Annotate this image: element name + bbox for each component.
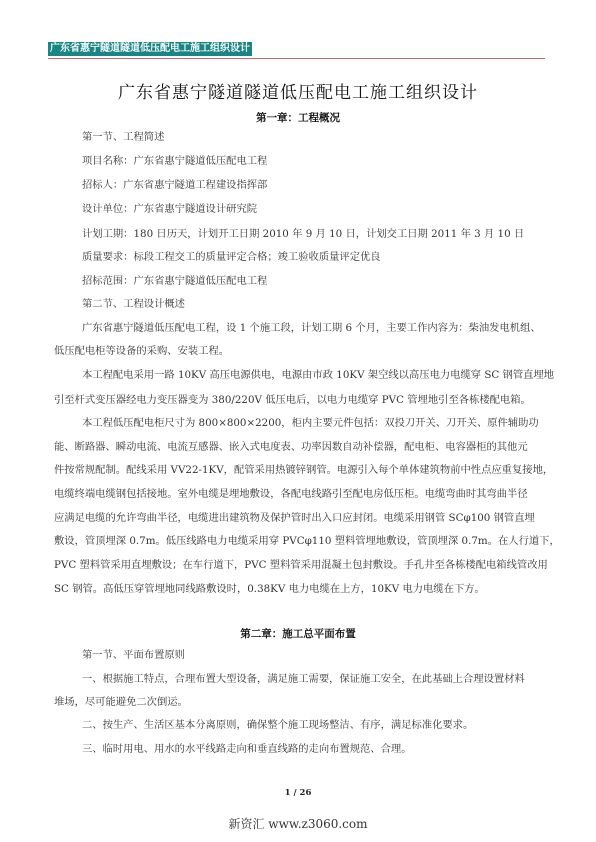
paragraph-line: 低压配电柜等设备的采购、安装工程。 [54,344,229,358]
page-number: 1 / 26 [0,788,596,798]
project-name: 项目名称：广东省惠宁隧道低压配电工程 [82,154,267,168]
design-unit: 设计单位：广东省惠宁隧道设计研究院 [82,202,257,216]
watermark: 新资汇 www.z3060.com [0,815,596,832]
running-header-title: 广东省惠宁隧道隧道低压配电工施工组织设计 [48,42,252,56]
planned-schedule: 计划工期：180 日历天，计划开工日期 2010 年 9 月 10 日，计划交工… [82,227,524,241]
paragraph-line: 电缆终端电缆钢包括接地。室外电缆是埋地敷设，各配电线路引至配电房低压柜。电缆弯曲… [54,487,528,501]
paragraph-line: 二、按生产、生活区基本分离原则，确保整个施工现场整洁、有序，满足标准化要求。 [82,718,473,732]
paragraph-line: 广东省惠宁隧道低压配电工程，设 1 个施工段，计划工期 6 个月，主要工作内容为… [82,321,541,335]
paragraph-line: 堆场，尽可能避免二次倒运。 [54,695,188,709]
document-title: 广东省惠宁隧道隧道低压配电工施工组织设计 [0,78,596,103]
running-header: 广东省惠宁隧道隧道低压配电工施工组织设计 [48,42,545,59]
paragraph-line: 本工程低压配电柜尺寸为 800×800×2200，柜内主要元件包括：双投刀开关、… [82,416,539,430]
paragraph-line: 本工程配电采用一路 10KV 高压电源供电，电源由市政 10KV 架空线以高压电… [82,368,554,382]
section-heading: 第一节、平面布置原则 [82,648,185,662]
paragraph-line: 敷设，管顶埋深 0.7m。低压线路电力电缆采用穿 PVCφ110 塑料管埋地敷设… [54,534,560,548]
quality-requirement: 质量要求：标段工程交工的质量评定合格；竣工验收质量评定优良 [82,250,381,264]
chapter-1-heading: 第一章：工程概况 [0,110,596,125]
section-heading: 第二节、工程设计概述 [82,297,185,311]
paragraph-line: 三、临时用电、用水的水平线路走向和垂直线路的走向布置规范、合理。 [82,742,412,756]
paragraph-line: 件按常规配制。配线采用 VV22-1KV，配管采用热镀锌钢管。电源引入每个单体建… [54,463,553,477]
paragraph-line: SC 钢管。高低压穿管埋地同线路敷设时，0.38KV 电力电缆在上方，10KV … [54,582,485,596]
tenderer: 招标人：广东省惠宁隧道工程建设指挥部 [82,178,267,192]
paragraph-line: PVC 塑料管采用直埋敷设；在车行道下，PVC 塑料管采用混凝土包封敷设。手孔井… [54,558,548,572]
chapter-2-heading: 第二章：施工总平面布置 [0,626,596,641]
tender-scope: 招标范围：广东省惠宁隧道低压配电工程 [82,274,267,288]
paragraph-line: 引至杆式变压器经电力变压器变为 380/220V 低压电后，以电力电缆穿 PVC… [54,393,531,407]
paragraph-line: 应满足电缆的允许弯曲半径，电缆进出建筑物及保护管时出入口应封闭。电缆采用钢管 S… [54,511,535,525]
paragraph-line: 一、根据施工特点，合理布置大型设备，满足施工需要，保证施工安全，在此基础上合理设… [82,672,525,686]
section-heading: 第一节、工程简述 [82,130,164,144]
paragraph-line: 能、断路器、瞬动电流、电流互感器、嵌入式电度表、功率因数自动补偿器，配电柜、电容… [54,440,528,454]
